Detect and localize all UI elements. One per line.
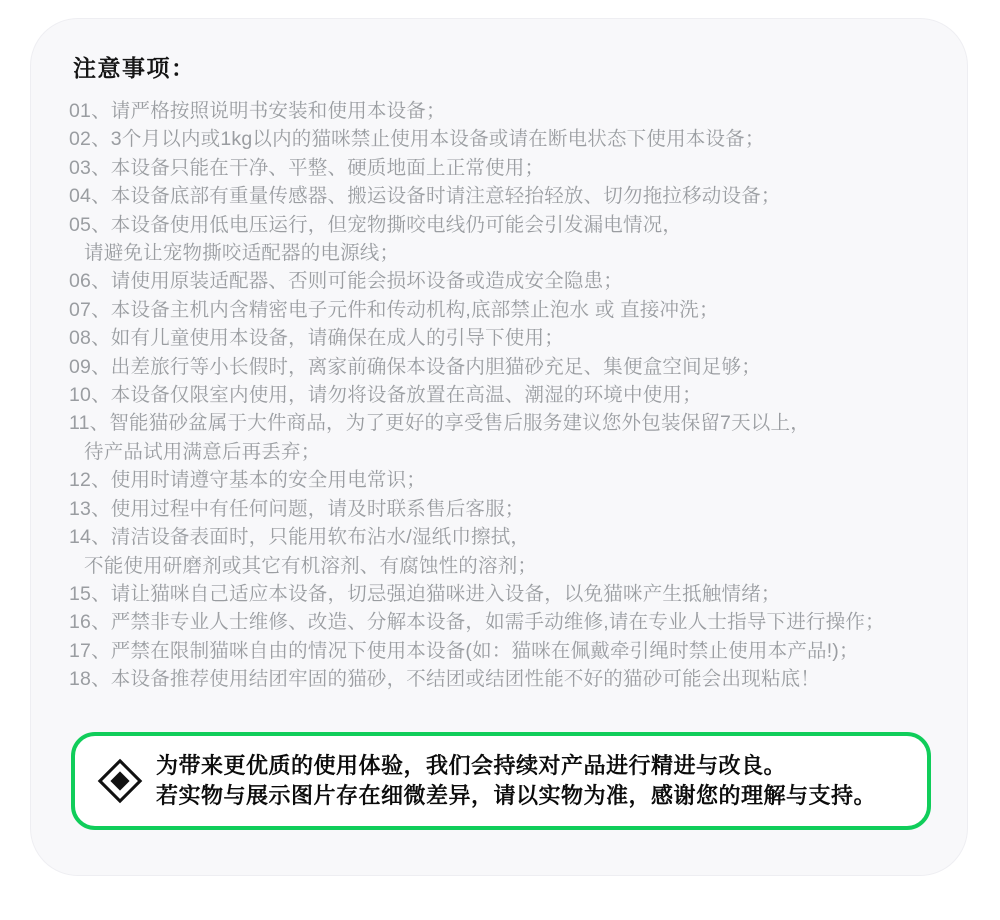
item-text: 请让猫咪自己适应本设备，切忌强迫猫咪进入设备，以免猫咪产生抵触情绪； xyxy=(111,583,781,605)
item-text: 本设备使用低电压运行，但宠物撕咬电线仍可能会引发漏电情况， xyxy=(111,214,682,236)
item-number: 06、 xyxy=(69,270,111,292)
item-number: 11、 xyxy=(69,412,109,434)
list-item: 16、严禁非专业人士维修、改造、分解本设备，如需手动维修,请在专业人士指导下进行… xyxy=(69,608,937,636)
item-text: 本设备只能在干净、平整、硬质地面上正常使用； xyxy=(111,157,544,179)
item-text: 如有儿童使用本设备，请确保在成人的引导下使用； xyxy=(111,327,564,349)
item-number: 01、 xyxy=(69,100,111,122)
item-number: 05、 xyxy=(69,214,111,236)
page-title: 注意事项： xyxy=(31,19,967,84)
list-item: 11、智能猫砂盆属于大件商品，为了更好的享受售后服务建议您外包装保留7天以上， … xyxy=(69,409,937,466)
item-text-continuation: 待产品试用满意后再丢弃； xyxy=(69,438,937,466)
list-item: 05、本设备使用低电压运行，但宠物撕咬电线仍可能会引发漏电情况， 请避免让宠物撕… xyxy=(69,211,937,268)
item-text: 本设备推荐使用结团牢固的猫砂，不结团或结团性能不好的猫砂可能会出现粘底！ xyxy=(111,668,820,690)
precautions-card: 注意事项： 01、请严格按照说明书安装和使用本设备； 02、3个月以内或1kg以… xyxy=(30,18,968,876)
item-text-continuation: 不能使用研磨剂或其它有机溶剂、有腐蚀性的溶剂； xyxy=(69,552,937,580)
item-text: 本设备仅限室内使用，请勿将设备放置在高温、潮湿的环境中使用； xyxy=(111,384,702,406)
list-item: 12、使用时请遵守基本的安全用电常识； xyxy=(69,466,937,494)
precaution-list: 01、请严格按照说明书安装和使用本设备； 02、3个月以内或1kg以内的猫咪禁止… xyxy=(31,97,967,694)
item-number: 07、 xyxy=(69,299,111,321)
item-text: 清洁设备表面时，只能用软布沾水/湿纸巾擦拭， xyxy=(111,526,530,548)
list-item: 02、3个月以内或1kg以内的猫咪禁止使用本设备或请在断电状态下使用本设备； xyxy=(69,125,937,153)
page: { "colors": { "accent_green": "#10cd5a",… xyxy=(0,0,1000,920)
list-item: 08、如有儿童使用本设备，请确保在成人的引导下使用； xyxy=(69,324,937,352)
item-number: 08、 xyxy=(69,327,111,349)
list-item: 15、请让猫咪自己适应本设备，切忌强迫猫咪进入设备，以免猫咪产生抵触情绪； xyxy=(69,580,937,608)
list-item: 09、出差旅行等小长假时，离家前确保本设备内胆猫砂充足、集便盒空间足够； xyxy=(69,353,937,381)
item-number: 17、 xyxy=(69,640,111,662)
item-number: 02、 xyxy=(69,128,111,150)
item-text: 本设备底部有重量传感器、搬运设备时请注意轻抬轻放、切勿拖拉移动设备； xyxy=(111,185,781,207)
item-text-continuation: 请避免让宠物撕咬适配器的电源线； xyxy=(69,239,937,267)
list-item: 14、清洁设备表面时，只能用软布沾水/湿纸巾擦拭， 不能使用研磨剂或其它有机溶剂… xyxy=(69,523,937,580)
item-number: 04、 xyxy=(69,185,111,207)
item-text: 3个月以内或1kg以内的猫咪禁止使用本设备或请在断电状态下使用本设备； xyxy=(111,128,765,150)
improvement-notice-box: 为带来更优质的使用体验，我们会持续对产品进行精进与改良。 若实物与展示图片存在细… xyxy=(71,732,931,830)
notice-line-1: 为带来更优质的使用体验，我们会持续对产品进行精进与改良。 xyxy=(156,751,876,781)
item-number: 10、 xyxy=(69,384,111,406)
item-text: 智能猫砂盆属于大件商品，为了更好的享受售后服务建议您外包装保留7天以上， xyxy=(109,412,810,434)
item-number: 15、 xyxy=(69,583,111,605)
item-text: 出差旅行等小长假时，离家前确保本设备内胆猫砂充足、集便盒空间足够； xyxy=(111,356,761,378)
item-text: 请严格按照说明书安装和使用本设备； xyxy=(111,100,446,122)
item-number: 13、 xyxy=(69,498,111,520)
list-item: 13、使用过程中有任何问题，请及时联系售后客服； xyxy=(69,495,937,523)
item-number: 09、 xyxy=(69,356,111,378)
diamond-icon xyxy=(97,758,143,804)
notice-text: 为带来更优质的使用体验，我们会持续对产品进行精进与改良。 若实物与展示图片存在细… xyxy=(156,751,876,811)
list-item: 06、请使用原装适配器、否则可能会损坏设备或造成安全隐患； xyxy=(69,267,937,295)
item-text: 请使用原装适配器、否则可能会损坏设备或造成安全隐患； xyxy=(111,270,623,292)
item-number: 14、 xyxy=(69,526,111,548)
notice-line-2: 若实物与展示图片存在细微差异，请以实物为准，感谢您的理解与支持。 xyxy=(156,781,876,811)
item-text: 使用过程中有任何问题，请及时联系售后客服； xyxy=(111,498,525,520)
list-item: 17、严禁在限制猫咪自由的情况下使用本设备(如：猫咪在佩戴牵引绳时禁止使用本产品… xyxy=(69,637,937,665)
list-item: 18、本设备推荐使用结团牢固的猫砂，不结团或结团性能不好的猫砂可能会出现粘底！ xyxy=(69,665,937,693)
list-item: 10、本设备仅限室内使用，请勿将设备放置在高温、潮湿的环境中使用； xyxy=(69,381,937,409)
item-text: 严禁非专业人士维修、改造、分解本设备，如需手动维修,请在专业人士指导下进行操作； xyxy=(111,611,885,633)
item-text: 使用时请遵守基本的安全用电常识； xyxy=(111,469,426,491)
item-number: 16、 xyxy=(69,611,111,633)
list-item: 01、请严格按照说明书安装和使用本设备； xyxy=(69,97,937,125)
item-number: 03、 xyxy=(69,157,111,179)
item-text: 严禁在限制猫咪自由的情况下使用本设备(如：猫咪在佩戴牵引绳时禁止使用本产品!)； xyxy=(111,640,859,662)
item-text: 本设备主机内含精密电子元件和传动机构,底部禁止泡水 或 直接冲洗； xyxy=(111,299,719,321)
item-number: 18、 xyxy=(69,668,111,690)
list-item: 07、本设备主机内含精密电子元件和传动机构,底部禁止泡水 或 直接冲洗； xyxy=(69,296,937,324)
list-item: 03、本设备只能在干净、平整、硬质地面上正常使用； xyxy=(69,154,937,182)
list-item: 04、本设备底部有重量传感器、搬运设备时请注意轻抬轻放、切勿拖拉移动设备； xyxy=(69,182,937,210)
item-number: 12、 xyxy=(69,469,111,491)
